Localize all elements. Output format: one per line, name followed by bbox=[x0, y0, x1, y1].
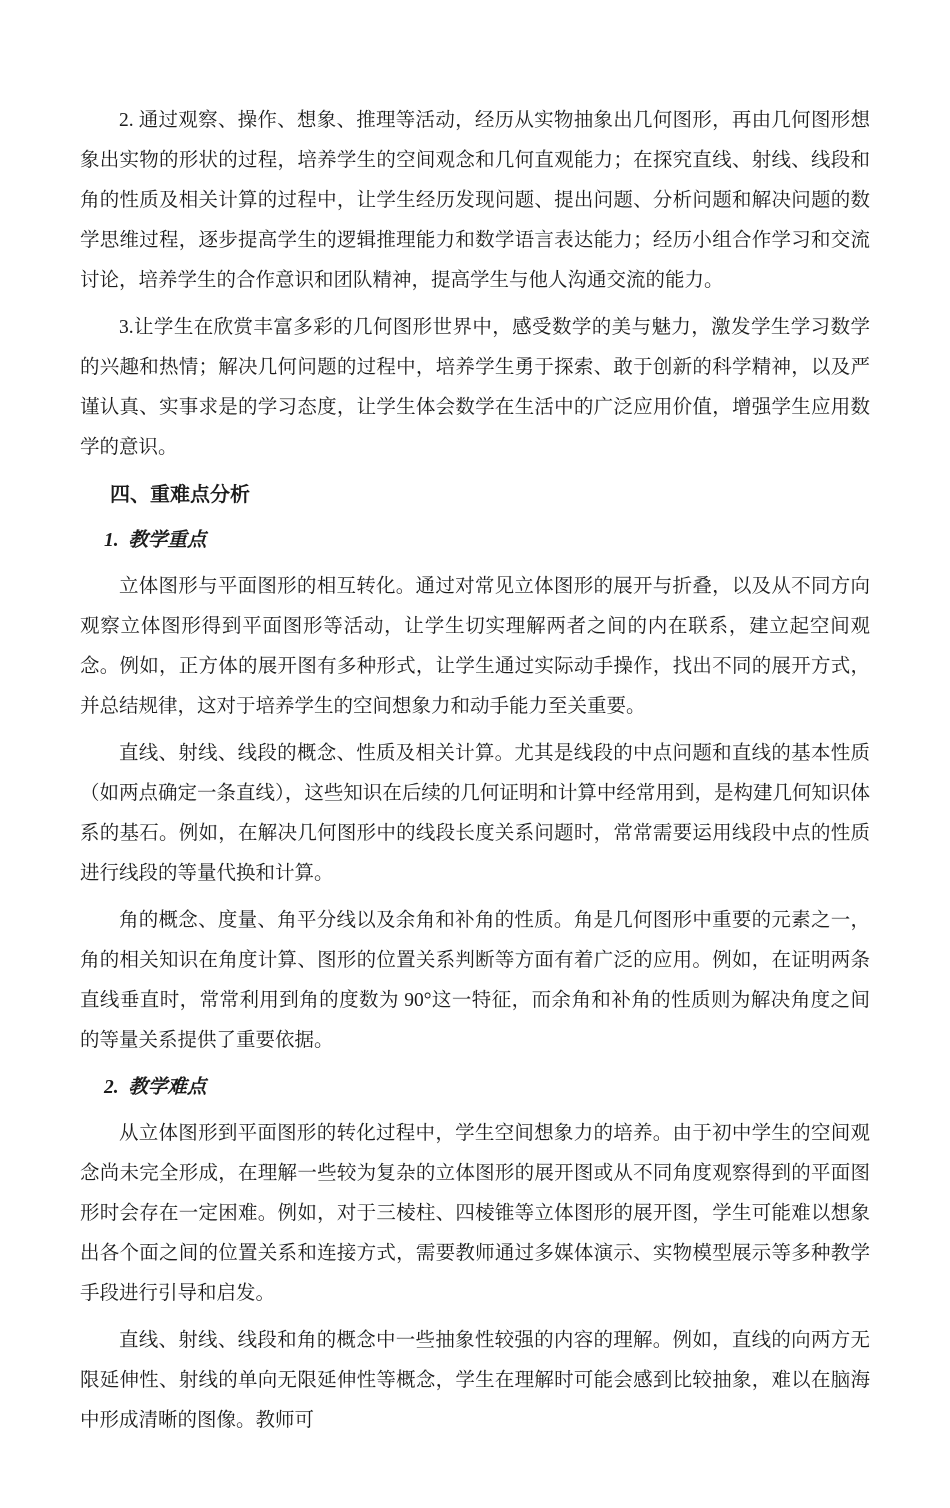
paragraph-objective-2: 2. 通过观察、操作、想象、推理等活动，经历从实物抽象出几何图形，再由几何图形想… bbox=[80, 101, 870, 301]
paragraph-key-point-line-ray-segment: 直线、射线、线段的概念、性质及相关计算。尤其是线段的中点问题和直线的基本性质（如… bbox=[80, 734, 870, 894]
subsection-heading-teaching-difficulties: 2. 教学难点 bbox=[80, 1068, 870, 1108]
document-page: 2. 通过观察、操作、想象、推理等活动，经历从实物抽象出几何图形，再由几何图形想… bbox=[0, 0, 950, 1508]
section-heading-key-difficulty-analysis: 四、重难点分析 bbox=[80, 475, 870, 515]
paragraph-objective-3: 3.让学生在欣赏丰富多彩的几何图形世界中，感受数学的美与魅力，激发学生学习数学的… bbox=[80, 308, 870, 468]
paragraph-key-point-angles: 角的概念、度量、角平分线以及余角和补角的性质。角是几何图形中重要的元素之一，角的… bbox=[80, 901, 870, 1061]
subsection-heading-teaching-key-points: 1. 教学重点 bbox=[80, 521, 870, 561]
paragraph-difficulty-spatial-imagination: 从立体图形到平面图形的转化过程中，学生空间想象力的培养。由于初中学生的空间观念尚… bbox=[80, 1114, 870, 1314]
paragraph-key-point-solid-plane-figures: 立体图形与平面图形的相互转化。通过对常见立体图形的展开与折叠，以及从不同方向观察… bbox=[80, 567, 870, 727]
paragraph-difficulty-abstract-concepts: 直线、射线、线段和角的概念中一些抽象性较强的内容的理解。例如，直线的向两方无限延… bbox=[80, 1321, 870, 1441]
